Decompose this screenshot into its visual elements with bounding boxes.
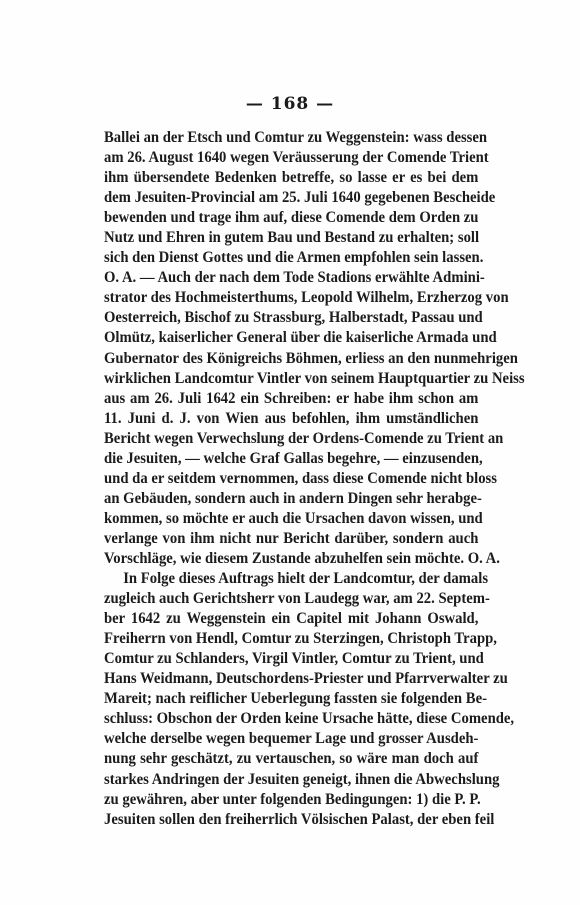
text-line: sich den Dienst Gottes und die Armen emp… (104, 248, 478, 268)
text-line: Comtur zu Schlanders, Virgil Vintler, Co… (104, 649, 478, 669)
text-line: die Jesuiten, — welche Graf Gallas begeh… (104, 449, 478, 469)
text-line: aus am 26. Juli 1642 ein Schreiben: er h… (104, 389, 478, 409)
body-text: Ballei an der Etsch und Comtur zu Weggen… (104, 128, 463, 830)
text-line: starkes Andringen der Jesuiten geneigt, … (104, 770, 478, 790)
text-line: dem Jesuiten-Provincial am 25. Juli 1640… (104, 188, 478, 208)
text-line: Mareit; nach reiflicher Ueberlegung fass… (104, 689, 478, 709)
text-line: Hans Weidmann, Deutschordens-Priester un… (104, 669, 478, 689)
text-line: schluss: Obschon der Orden keine Ursache… (104, 709, 478, 729)
text-line: nung sehr geschätzt, zu vertauschen, so … (104, 749, 478, 769)
text-line: am 26. August 1640 wegen Veräusserung de… (104, 148, 478, 168)
text-line: an Gebäuden, sondern auch in andern Ding… (104, 489, 478, 509)
text-line: Vorschläge, wie diesem Zustande abzuhelf… (104, 549, 478, 569)
paragraph-start-line: In Folge dieses Auftrags hielt der Landc… (104, 569, 478, 589)
text-line: wirklichen Landcomtur Vintler von seinem… (104, 369, 478, 389)
text-line: O. A. — Auch der nach dem Tode Stadions … (104, 268, 478, 288)
text-line: ihm übersendete Bedenken betreffe, so la… (104, 168, 478, 188)
text-line: verlange von ihm nicht nur Bericht darüb… (104, 529, 478, 549)
page-number: — 168 — (0, 94, 580, 114)
text-line: Ballei an der Etsch und Comtur zu Weggen… (104, 128, 478, 148)
text-line: bewenden und trage ihm auf, diese Comend… (104, 208, 478, 228)
text-line: strator des Hochmeisterthums, Leopold Wi… (104, 288, 478, 308)
book-page: — 168 — Ballei an der Etsch und Comtur z… (0, 0, 580, 905)
text-line: und da er seitdem vernommen, dass diese … (104, 469, 478, 489)
text-line: welche derselbe wegen bequemer Lage und … (104, 729, 478, 749)
text-line: zu gewähren, aber unter folgenden Beding… (104, 790, 478, 810)
text-line: Jesuiten sollen den freiherrlich Völsisc… (104, 810, 478, 830)
text-line: ber 1642 zu Weggenstein ein Capitel mit … (104, 609, 478, 629)
text-line: Freiherrn von Hendl, Comtur zu Sterzinge… (104, 629, 478, 649)
text-line: Oesterreich, Bischof zu Strassburg, Halb… (104, 308, 478, 328)
text-line: 11. Juni d. J. von Wien aus befohlen, ih… (104, 409, 478, 429)
text-line: Bericht wegen Verwechslung der Ordens-Co… (104, 429, 478, 449)
text-line: zugleich auch Gerichtsherr von Laudegg w… (104, 589, 478, 609)
text-line: Gubernator des Königreichs Böhmen, erlie… (104, 349, 478, 369)
text-line: Nutz und Ehren in gutem Bau und Bestand … (104, 228, 478, 248)
text-line: kommen, so möchte er auch die Ursachen d… (104, 509, 478, 529)
text-line: Olmütz, kaiserlicher General über die ka… (104, 328, 478, 348)
